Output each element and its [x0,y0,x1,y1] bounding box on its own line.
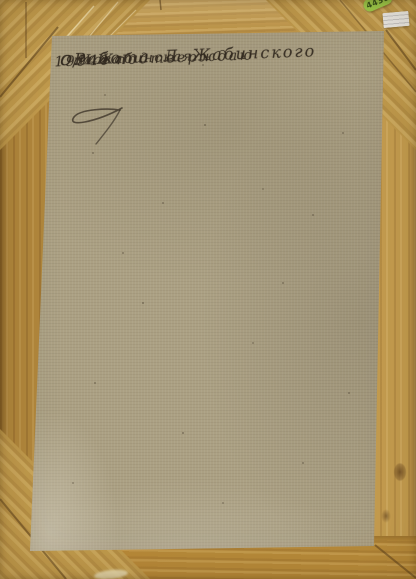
canvas-back: Работа Л Жабинского 1994г подтверждаю Ор… [0,0,416,579]
signature-flourish [58,102,188,148]
inscription: Работа Л Жабинского 1994г подтверждаю Ор… [50,41,310,50]
painting-back-photo: Работа Л Жабинского 1994г подтверждаю Ор… [0,0,416,579]
white-label-sticker [382,11,409,28]
